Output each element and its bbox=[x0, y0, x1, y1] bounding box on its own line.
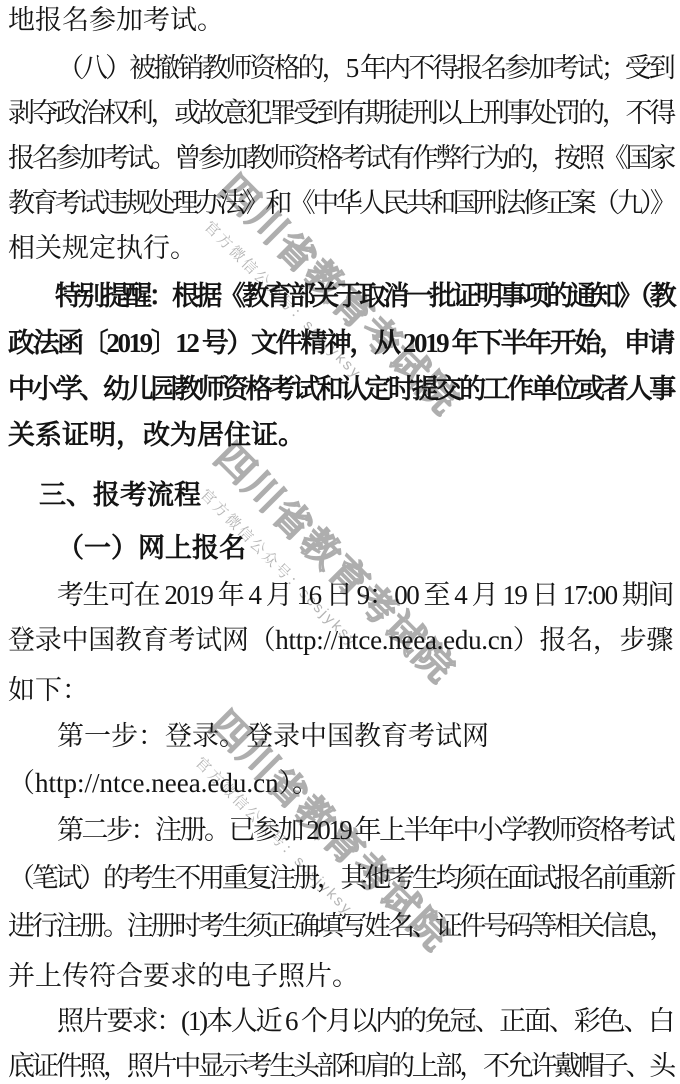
text-line: 并上传符合要求的电子照片。 bbox=[8, 953, 673, 999]
text-line: 照片要求：(1)本人近 6 个月以内的免冠、正面、彩色、白 bbox=[8, 998, 673, 1044]
text-line: 登录中国教育考试网（http://ntce.neea.edu.cn）报名，步骤 bbox=[8, 617, 673, 663]
document-content: 地报名参加考试。（八）被撤销教师资格的，5 年内不得报名参加考试；受到剥夺政治权… bbox=[8, 0, 673, 1084]
text-line-content: （一）网上报名 bbox=[57, 533, 246, 563]
text-line: 关系证明，改为居住证。 bbox=[8, 412, 673, 458]
text-line: 第一步：登录。登录中国教育考试网 bbox=[8, 713, 673, 759]
text-line-content: 教育考试违规处理办法》和《中华人民共和国刑法修正案（九）》 bbox=[8, 188, 673, 218]
text-line-content: 第二步：注册。已参加 2019 年上半年中小学教师资格考试 bbox=[57, 815, 673, 845]
text-line-content: 底证件照，照片中显示考生头部和肩的上部，不允许戴帽子、头 bbox=[8, 1051, 673, 1081]
text-line-content: 特别提醒：根据《教育部关于取消一批证明事项的通知》（教 bbox=[55, 281, 673, 311]
text-line: 三、报考流程 bbox=[8, 472, 673, 518]
text-line: （八）被撤销教师资格的，5 年内不得报名参加考试；受到 bbox=[8, 45, 673, 91]
text-line: 考生可在 2019 年 4 月 16 日 9：00 至 4 月 19 日 17:… bbox=[8, 572, 673, 618]
text-line: （笔试）的考生不用重复注册，其他考生均须在面试报名前重新 bbox=[8, 855, 673, 901]
text-line: 第二步：注册。已参加 2019 年上半年中小学教师资格考试 bbox=[8, 807, 673, 853]
text-line: 底证件照，照片中显示考生头部和肩的上部，不允许戴帽子、头 bbox=[8, 1043, 673, 1084]
text-line-content: （http://ntce.neea.edu.cn）。 bbox=[8, 768, 319, 798]
text-line-content: 剥夺政治权利，或故意犯罪受到有期徒刑以上刑事处罚的，不得 bbox=[8, 98, 673, 128]
text-line: 剥夺政治权利，或故意犯罪受到有期徒刑以上刑事处罚的，不得 bbox=[8, 90, 673, 136]
text-line: 相关规定执行。 bbox=[8, 225, 673, 271]
text-line: 报名参加考试。曾参加教师资格考试有作弊行为的，按照《国家 bbox=[8, 135, 673, 181]
text-line-content: 如下： bbox=[8, 675, 89, 705]
text-line: 进行注册。注册时考生须正确填写姓名、证件号码等相关信息， bbox=[8, 903, 673, 949]
text-line-content: （八）被撤销教师资格的，5 年内不得报名参加考试；受到 bbox=[57, 53, 673, 83]
text-line: 教育考试违规处理办法》和《中华人民共和国刑法修正案（九）》 bbox=[8, 180, 673, 226]
text-line-content: 地报名参加考试。 bbox=[8, 5, 224, 35]
text-line-content: 政法函〔2019〕12 号）文件精神，从 2019 年下半年开始，申请 bbox=[8, 328, 673, 358]
text-line-content: 三、报考流程 bbox=[39, 480, 201, 510]
text-line: 中小学、幼儿园教师资格考试和认定时提交的工作单位或者人事 bbox=[8, 366, 673, 412]
text-line-content: 报名参加考试。曾参加教师资格考试有作弊行为的，按照《国家 bbox=[8, 143, 673, 173]
text-line: （http://ntce.neea.edu.cn）。 bbox=[8, 760, 673, 806]
text-line-content: 第一步：登录。登录中国教育考试网 bbox=[57, 721, 489, 751]
text-line-content: （笔试）的考生不用重复注册，其他考生均须在面试报名前重新 bbox=[8, 863, 673, 893]
text-line-content: 考生可在 2019 年 4 月 16 日 9：00 至 4 月 19 日 17:… bbox=[57, 580, 673, 610]
text-line: 地报名参加考试。 bbox=[8, 0, 673, 43]
text-line-content: 中小学、幼儿园教师资格考试和认定时提交的工作单位或者人事 bbox=[8, 374, 673, 404]
text-line-content: 登录中国教育考试网（http://ntce.neea.edu.cn）报名，步骤 bbox=[8, 625, 673, 655]
text-line: 政法函〔2019〕12 号）文件精神，从 2019 年下半年开始，申请 bbox=[8, 320, 673, 366]
text-line-content: 并上传符合要求的电子照片。 bbox=[8, 961, 359, 991]
text-line: （一）网上报名 bbox=[8, 525, 673, 571]
document-page: 四川省教育考试院官方微信公众号：scsjyksy四川省教育考试院官方微信公众号：… bbox=[0, 0, 680, 1084]
text-line-content: 进行注册。注册时考生须正确填写姓名、证件号码等相关信息， bbox=[8, 911, 673, 941]
text-line-content: 关系证明，改为居住证。 bbox=[8, 420, 305, 450]
text-line-content: 相关规定执行。 bbox=[8, 233, 197, 263]
text-line: 如下： bbox=[8, 667, 673, 713]
text-line-content: 照片要求：(1)本人近 6 个月以内的免冠、正面、彩色、白 bbox=[57, 1006, 673, 1036]
text-line: 特别提醒：根据《教育部关于取消一批证明事项的通知》（教 bbox=[8, 273, 673, 319]
